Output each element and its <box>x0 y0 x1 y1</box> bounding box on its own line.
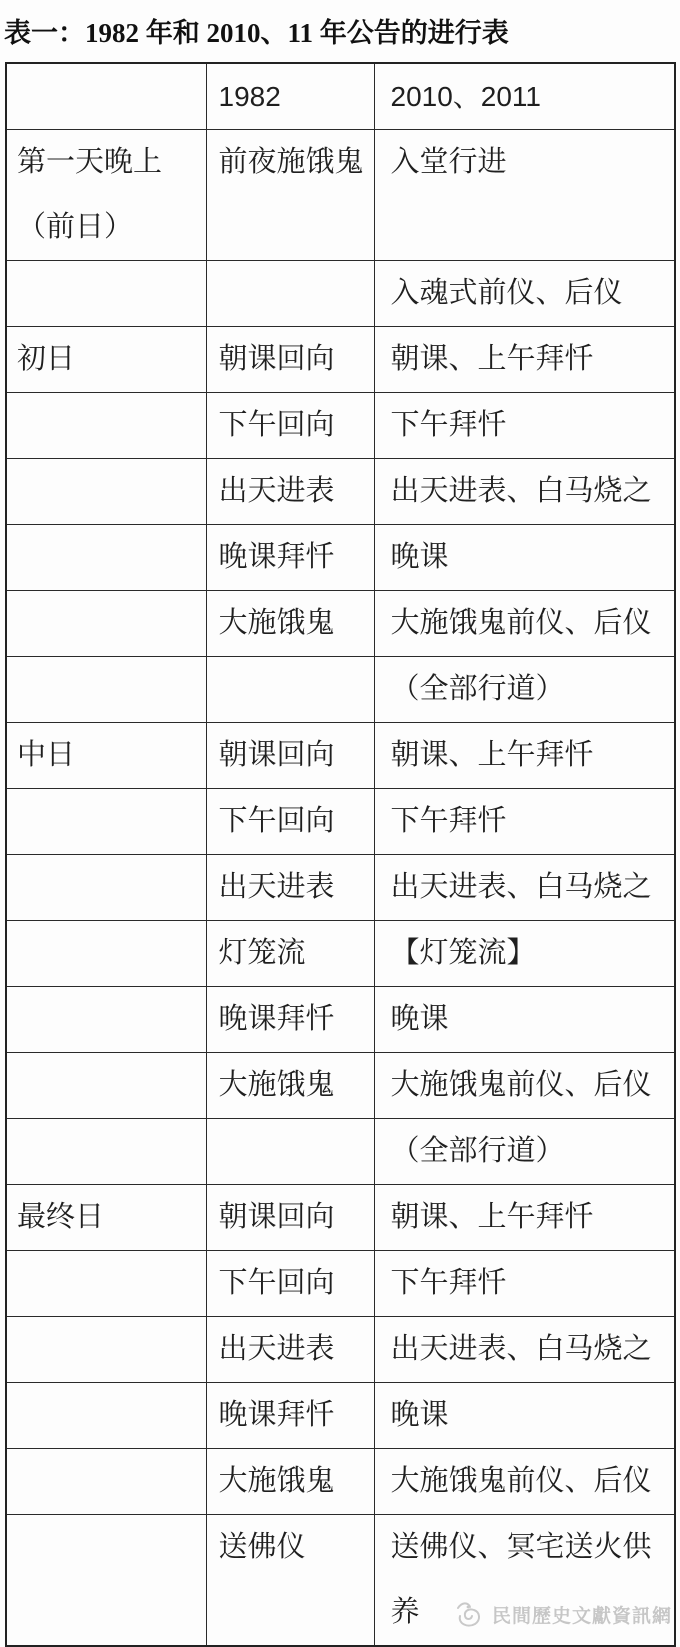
table-row: 下午回向下午拜忏 <box>6 1251 675 1317</box>
day-cell <box>6 855 206 921</box>
table-row: 入魂式前仪、后仪 <box>6 261 675 327</box>
cell-1982: 晚课拜忏 <box>206 525 374 591</box>
cell-2010-2011: 朝课、上午拜忏 <box>374 723 675 789</box>
table-row: 初日朝课回向朝课、上午拜忏 <box>6 327 675 393</box>
cell-1982: 前夜施饿鬼 <box>206 130 374 261</box>
table-row: 最终日朝课回向朝课、上午拜忏 <box>6 1185 675 1251</box>
day-cell: 第一天晚上 （前日） <box>6 130 206 261</box>
header-cell-2010-2011: 2010、2011 <box>374 63 675 130</box>
day-cell <box>6 459 206 525</box>
table-row: 晚课拜忏晚课 <box>6 987 675 1053</box>
table-row: 大施饿鬼大施饿鬼前仪、后仪 <box>6 591 675 657</box>
cell-1982: 朝课回向 <box>206 723 374 789</box>
table-row: 晚课拜忏晚课 <box>6 525 675 591</box>
table-row: 晚课拜忏晚课 <box>6 1383 675 1449</box>
cell-2010-2011: 晚课 <box>374 525 675 591</box>
table-row: 大施饿鬼大施饿鬼前仪、后仪 <box>6 1449 675 1515</box>
day-cell <box>6 261 206 327</box>
day-cell <box>6 591 206 657</box>
day-cell <box>6 393 206 459</box>
cell-1982: 朝课回向 <box>206 327 374 393</box>
cell-1982: 下午回向 <box>206 789 374 855</box>
day-cell <box>6 1317 206 1383</box>
cell-2010-2011: 大施饿鬼前仪、后仪 <box>374 1053 675 1119</box>
cell-1982: 出天进表 <box>206 1317 374 1383</box>
cell-2010-2011: 出天进表、白马烧之 <box>374 1317 675 1383</box>
cell-1982 <box>206 261 374 327</box>
cell-1982: 灯笼流 <box>206 921 374 987</box>
table-row: 出天进表出天进表、白马烧之 <box>6 855 675 921</box>
cell-2010-2011: 晚课 <box>374 987 675 1053</box>
cell-2010-2011: 朝课、上午拜忏 <box>374 327 675 393</box>
day-cell: 初日 <box>6 327 206 393</box>
table-row: 大施饿鬼大施饿鬼前仪、后仪 <box>6 1053 675 1119</box>
day-cell <box>6 1053 206 1119</box>
table-body: 第一天晚上 （前日）前夜施饿鬼入堂行进入魂式前仪、后仪初日朝课回向朝课、上午拜忏… <box>6 130 675 1647</box>
day-cell <box>6 1119 206 1185</box>
day-cell <box>6 1449 206 1515</box>
cell-2010-2011: 【灯笼流】 <box>374 921 675 987</box>
cell-1982: 大施饿鬼 <box>206 591 374 657</box>
cell-1982: 出天进表 <box>206 459 374 525</box>
cell-1982 <box>206 657 374 723</box>
day-cell <box>6 1383 206 1449</box>
cell-2010-2011: 下午拜忏 <box>374 789 675 855</box>
day-cell: 最终日 <box>6 1185 206 1251</box>
cell-2010-2011: 下午拜忏 <box>374 1251 675 1317</box>
day-cell <box>6 657 206 723</box>
table-row: 出天进表出天进表、白马烧之 <box>6 459 675 525</box>
header-cell-1982: 1982 <box>206 63 374 130</box>
table-row: 下午回向下午拜忏 <box>6 789 675 855</box>
table-row: 第一天晚上 （前日）前夜施饿鬼入堂行进 <box>6 130 675 261</box>
cell-2010-2011: 大施饿鬼前仪、后仪 <box>374 591 675 657</box>
cell-2010-2011: 出天进表、白马烧之 <box>374 459 675 525</box>
day-cell <box>6 525 206 591</box>
cell-1982: 朝课回向 <box>206 1185 374 1251</box>
table-row: 中日朝课回向朝课、上午拜忏 <box>6 723 675 789</box>
table-row: （全部行道） <box>6 1119 675 1185</box>
cell-2010-2011: 朝课、上午拜忏 <box>374 1185 675 1251</box>
table-row: 灯笼流【灯笼流】 <box>6 921 675 987</box>
day-cell <box>6 921 206 987</box>
schedule-table: 1982 2010、2011 第一天晚上 （前日）前夜施饿鬼入堂行进入魂式前仪、… <box>5 62 676 1647</box>
table-row: 下午回向下午拜忏 <box>6 393 675 459</box>
cell-2010-2011: 送佛仪、冥宅送火供 养 <box>374 1515 675 1647</box>
day-cell <box>6 1515 206 1647</box>
cell-2010-2011: （全部行道） <box>374 657 675 723</box>
cell-1982: 晚课拜忏 <box>206 1383 374 1449</box>
day-cell <box>6 987 206 1053</box>
cell-2010-2011: 出天进表、白马烧之 <box>374 855 675 921</box>
cell-2010-2011: 入堂行进 <box>374 130 675 261</box>
table-row: 出天进表出天进表、白马烧之 <box>6 1317 675 1383</box>
table-row: （全部行道） <box>6 657 675 723</box>
table-row: 送佛仪送佛仪、冥宅送火供 养 <box>6 1515 675 1647</box>
day-cell <box>6 789 206 855</box>
cell-1982: 下午回向 <box>206 393 374 459</box>
cell-1982 <box>206 1119 374 1185</box>
day-cell <box>6 1251 206 1317</box>
cell-2010-2011: 大施饿鬼前仪、后仪 <box>374 1449 675 1515</box>
cell-1982: 送佛仪 <box>206 1515 374 1647</box>
cell-1982: 晚课拜忏 <box>206 987 374 1053</box>
cell-1982: 大施饿鬼 <box>206 1053 374 1119</box>
cell-2010-2011: 下午拜忏 <box>374 393 675 459</box>
cell-2010-2011: 晚课 <box>374 1383 675 1449</box>
page-title: 表一：1982 年和 2010、11 年公告的进行表 <box>4 15 680 51</box>
cell-1982: 大施饿鬼 <box>206 1449 374 1515</box>
cell-1982: 下午回向 <box>206 1251 374 1317</box>
header-cell-day <box>6 63 206 130</box>
header-row: 1982 2010、2011 <box>6 63 675 130</box>
cell-1982: 出天进表 <box>206 855 374 921</box>
cell-2010-2011: 入魂式前仪、后仪 <box>374 261 675 327</box>
day-cell: 中日 <box>6 723 206 789</box>
cell-2010-2011: （全部行道） <box>374 1119 675 1185</box>
